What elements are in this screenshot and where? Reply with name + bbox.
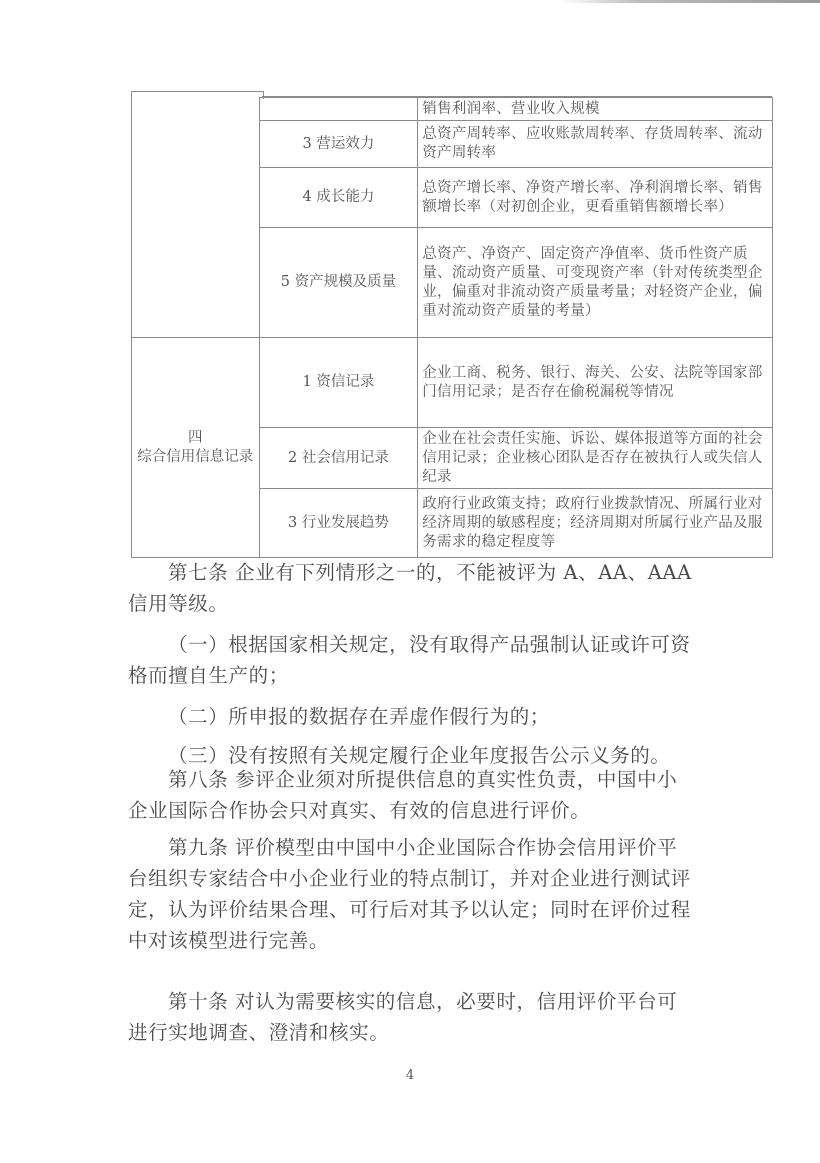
table-detail-cell: 总资产周转率、应收账款周转率、存货周转率、流动资产周转率	[418, 121, 773, 168]
article-7-item-1: （一）根据国家相关规定，没有取得产品强制认证或许可资格而擅自生产的；	[128, 629, 693, 691]
table-detail-cell: 企业工商、税务、银行、海关、公安、法院等国家部门信用记录；是否存在偷税漏税等情况	[418, 338, 773, 428]
table-item-cell	[259, 98, 418, 121]
article-9-text: 第九条 评价模型由中国中小企业国际合作协会信用评价平台组织专家结合中小企业行业的…	[128, 832, 693, 956]
page-number: 4	[0, 1068, 820, 1083]
section-title: 综合信用信息记录	[136, 448, 255, 467]
evaluation-indicator-table: 销售利润率、营业收入规模 3 营运效力 总资产周转率、应收账款周转率、存货周转率…	[131, 97, 773, 558]
table-detail-cell: 总资产、净资产、固定资产净值率、货币性资产质量、流动资产质量、可变现资产率（针对…	[418, 228, 773, 338]
scan-edge-shadow	[560, 0, 820, 3]
article-8: 第八条 参评企业须对所提供信息的真实性负责，中国中小企业国际合作协会只对真实、有…	[128, 764, 693, 826]
table-detail-cell: 企业在社会责任实施、诉讼、媒体报道等方面的社会信用记录；企业核心团队是否存在被执…	[418, 428, 773, 489]
table-row: 四 综合信用信息记录 1 资信记录 企业工商、税务、银行、海关、公安、法院等国家…	[132, 338, 773, 428]
article-7: 第七条 企业有下列情形之一的，不能被评为 A、AA、AAA 信用等级。 （一）根…	[128, 557, 693, 771]
table-item-cell: 2 社会信用记录	[259, 428, 418, 489]
section-number: 四	[136, 429, 255, 448]
article-10-text: 第十条 对认为需要核实的信息，必要时，信用评价平台可进行实地调查、澄清和核实。	[128, 986, 693, 1048]
section-four-cell: 四 综合信用信息记录	[132, 338, 260, 558]
article-7-item-2: （二）所申报的数据存在弄虚作假行为的；	[128, 701, 693, 732]
section-three-cell-continued	[132, 98, 260, 338]
article-10: 第十条 对认为需要核实的信息，必要时，信用评价平台可进行实地调查、澄清和核实。	[128, 986, 693, 1048]
table-item-cell: 3 行业发展趋势	[259, 489, 418, 558]
article-9: 第九条 评价模型由中国中小企业国际合作协会信用评价平台组织专家结合中小企业行业的…	[128, 832, 693, 956]
table-detail-cell: 政府行业政策支持；政府行业拨款情况、所属行业对经济周期的敏感程度；经济周期对所属…	[418, 489, 773, 558]
article-7-text: 第七条 企业有下列情形之一的，不能被评为 A、AA、AAA 信用等级。	[128, 557, 693, 619]
table-item-cell: 5 资产规模及质量	[259, 228, 418, 338]
article-8-text: 第八条 参评企业须对所提供信息的真实性负责，中国中小企业国际合作协会只对真实、有…	[128, 764, 693, 826]
table-item-cell: 4 成长能力	[259, 168, 418, 228]
table-detail-cell: 销售利润率、营业收入规模	[418, 98, 773, 121]
table-row: 销售利润率、营业收入规模	[132, 98, 773, 121]
table-detail-cell: 总资产增长率、净资产增长率、净利润增长率、销售额增长率（对初创企业，更看重销售额…	[418, 168, 773, 228]
table-item-cell: 1 资信记录	[259, 338, 418, 428]
table-item-cell: 3 营运效力	[259, 121, 418, 168]
